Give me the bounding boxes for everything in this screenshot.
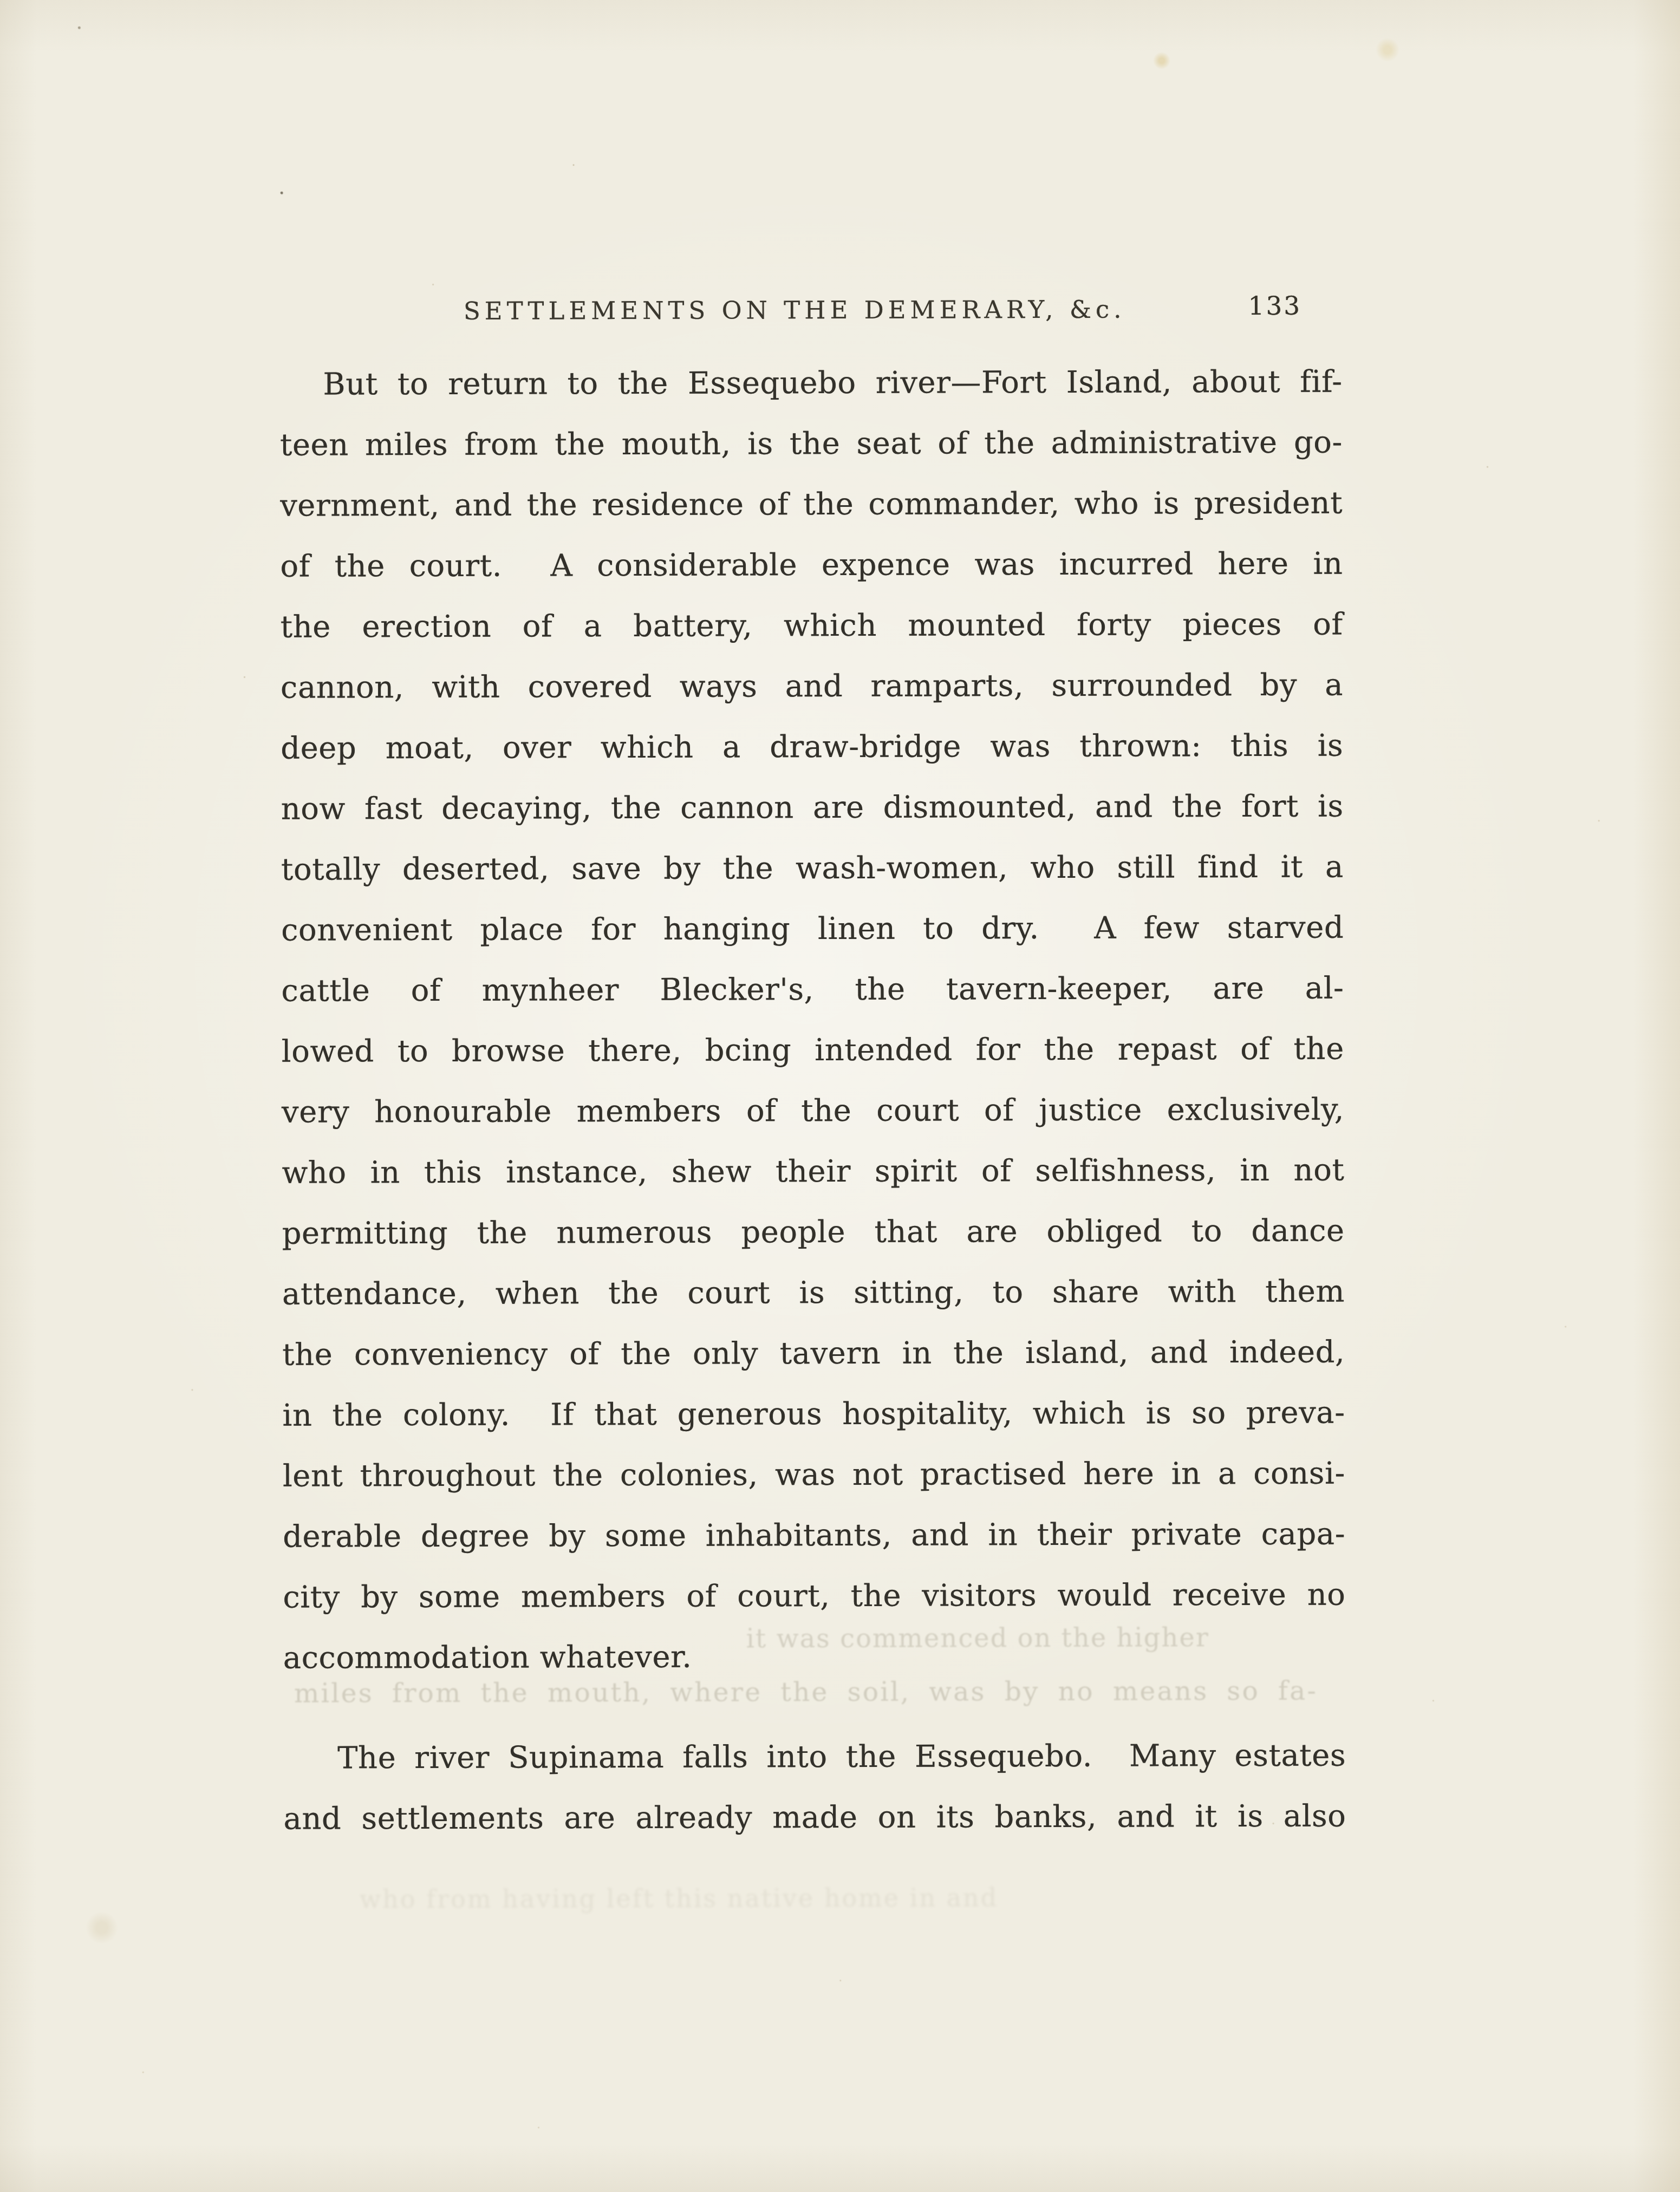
text-line: The river Supinama falls into the Essequ… [283, 1726, 1346, 1789]
bleedthrough-line: miles from the mouth, where the soil, wa… [294, 1675, 1318, 1709]
text-line: of the court. A considerable expence was… [280, 534, 1343, 597]
page-content: SETTLEMENTS ON THE DEMERARY, &c. 133 But… [0, 0, 1680, 2192]
page-number: 133 [1248, 291, 1301, 321]
header-title: SETTLEMENTS ON THE DEMERARY, &c. [464, 295, 1126, 325]
text-line: and settlements are already made on its … [283, 1786, 1346, 1850]
text-line: in the colony. If that generous hospital… [282, 1383, 1345, 1446]
text-line: the conveniency of the only tavern in th… [282, 1322, 1345, 1386]
text-line: deep moat, over which a draw-bridge was … [281, 716, 1343, 779]
text-line: lowed to browse there, bcing intended fo… [282, 1019, 1344, 1082]
text-line: who in this instance, shew their spirit … [282, 1140, 1344, 1204]
running-header: SETTLEMENTS ON THE DEMERARY, &c. 133 [279, 291, 1342, 337]
text-line: vernment, and the residence of the comma… [280, 473, 1343, 537]
text-line: lent throughout the colonies, was not pr… [283, 1444, 1345, 1507]
paragraph: But to return to the Essequebo river—For… [279, 352, 1345, 1689]
paragraph: The river Supinama falls into the Essequ… [283, 1726, 1346, 1850]
bleedthrough-line: it was commenced on the higher [746, 1622, 1209, 1654]
book-page-scan: SETTLEMENTS ON THE DEMERARY, &c. 133 But… [0, 0, 1680, 2192]
text-line: teen miles from the mouth, is the seat o… [280, 413, 1343, 476]
text-line: derable degree by some inhabitants, and … [283, 1504, 1345, 1568]
text-line: the erection of a battery, which mounted… [281, 595, 1343, 658]
text-line: city by some members of court, the visit… [283, 1565, 1345, 1628]
text-line: attendance, when the court is sitting, t… [282, 1262, 1345, 1325]
text-line: very honourable members of the court of … [282, 1080, 1344, 1143]
text-line: cannon, with covered ways and ramparts, … [281, 655, 1343, 719]
text-line: cattle of mynheer Blecker's, the tavern-… [281, 958, 1344, 1022]
text-line: convenient place for hanging linen to dr… [281, 898, 1344, 961]
bleedthrough-line: who from having left this native home in… [360, 1883, 998, 1914]
text-line: permitting the numerous people that are … [282, 1201, 1345, 1264]
text-line: now fast decaying, the cannon are dismou… [281, 777, 1343, 840]
text-line: But to return to the Essequebo river—For… [279, 352, 1342, 415]
text-line: totally deserted, save by the wash-women… [281, 837, 1344, 901]
